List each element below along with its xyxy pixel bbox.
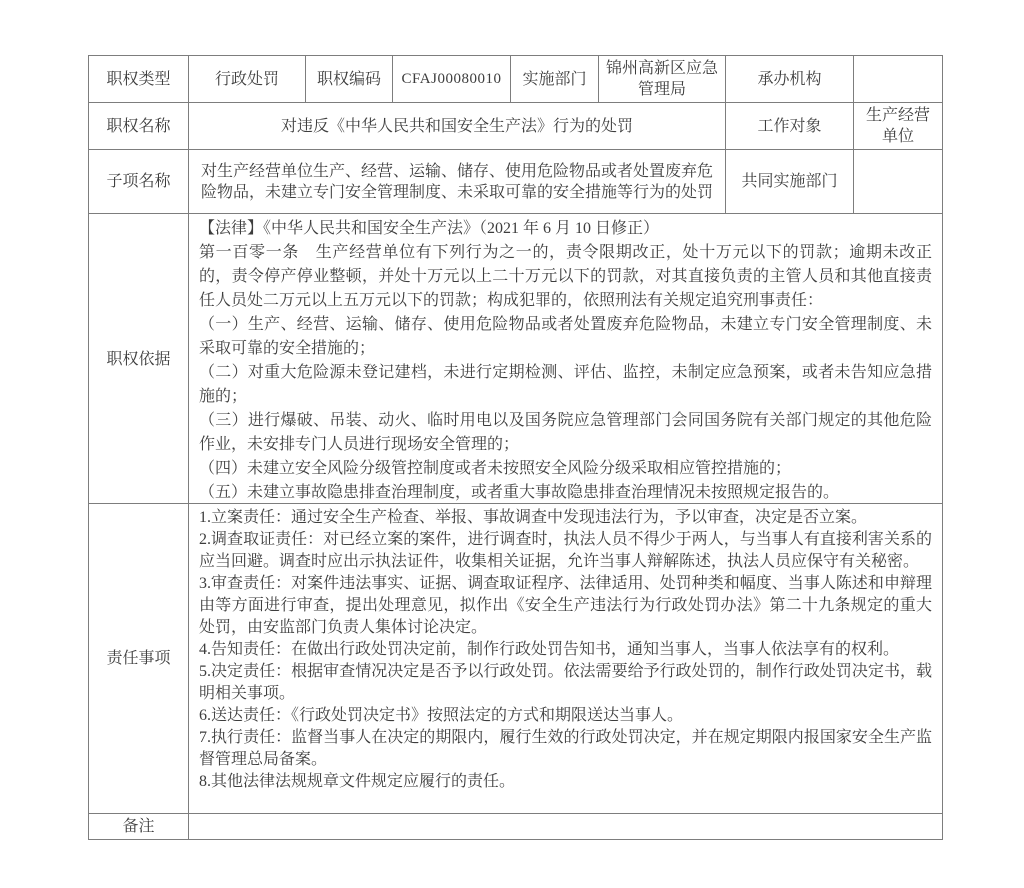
duty-items-label: 责任事项 [89, 504, 189, 814]
authority-name-value: 对违反《中华人民共和国安全生产法》行为的处罚 [189, 103, 726, 150]
duty-item: 2.调查取证责任：对已经立案的案件，进行调查时，执法人员不得少于两人，与当事人有… [199, 529, 932, 573]
duty-item: 1.立案责任：通过安全生产检查、举报、事故调查中发现违法行为，予以审查，决定是否… [199, 507, 932, 529]
duty-item: 5.决定责任：根据审查情况决定是否予以行政处罚。依法需要给予行政处罚的，制作行政… [199, 661, 932, 705]
table-row: 责任事项 1.立案责任：通过安全生产检查、举报、事故调查中发现违法行为，予以审查… [89, 504, 943, 814]
table-row: 职权名称 对违反《中华人民共和国安全生产法》行为的处罚 工作对象 生产经营单位 [89, 103, 943, 150]
document-page: 职权类型 行政处罚 职权编码 CFAJ00080010 实施部门 锦州高新区应急… [0, 0, 1024, 888]
basis-paragraph: 第一百零一条 生产经营单位有下列行为之一的，责令限期改正，处十万元以下的罚款；逾… [199, 241, 932, 313]
authority-code-value: CFAJ00080010 [393, 56, 511, 103]
duty-items-content: 1.立案责任：通过安全生产检查、举报、事故调查中发现违法行为，予以审查，决定是否… [189, 504, 943, 814]
handling-agency-label: 承办机构 [726, 56, 854, 103]
remark-label: 备注 [89, 814, 189, 840]
remark-value [189, 814, 943, 840]
basis-paragraph: 【法律】《中华人民共和国安全生产法》（2021 年 6 月 10 日修正） [199, 217, 932, 241]
duty-remark-table: 责任事项 1.立案责任：通过安全生产检查、举报、事故调查中发现违法行为，予以审查… [88, 503, 943, 840]
legal-basis-content: 【法律】《中华人民共和国安全生产法》（2021 年 6 月 10 日修正） 第一… [189, 214, 943, 506]
basis-paragraph: （五）未建立事故隐患排查治理制度，或者重大事故隐患排查治理情况未按照规定报告的。 [199, 481, 932, 505]
table-row: 备注 [89, 814, 943, 840]
authority-name-label: 职权名称 [89, 103, 189, 150]
basis-paragraph: （一）生产、经营、运输、储存、使用危险物品或者处置废弃危险物品，未建立专门安全管… [199, 313, 932, 361]
legal-basis-label: 职权依据 [89, 214, 189, 506]
duty-item: 4.告知责任：在做出行政处罚决定前，制作行政处罚告知书，通知当事人，当事人依法享… [199, 639, 932, 661]
handling-agency-value [854, 56, 943, 103]
duty-item: 8.其他法律法规规章文件规定应履行的责任。 [199, 771, 932, 793]
table-row: 职权类型 行政处罚 职权编码 CFAJ00080010 实施部门 锦州高新区应急… [89, 56, 943, 103]
authority-info-table: 职权类型 行政处罚 职权编码 CFAJ00080010 实施部门 锦州高新区应急… [88, 55, 943, 506]
table-row: 子项名称 对生产经营单位生产、经营、运输、储存、使用危险物品或者处置废弃危险物品… [89, 150, 943, 214]
subitem-name-label: 子项名称 [89, 150, 189, 214]
duty-item: 7.执行责任：监督当事人在决定的期限内，履行生效的行政处罚决定，并在规定期限内报… [199, 727, 932, 771]
authority-code-label: 职权编码 [306, 56, 393, 103]
work-target-label: 工作对象 [726, 103, 854, 150]
authority-type-label: 职权类型 [89, 56, 189, 103]
table-row: 职权依据 【法律】《中华人民共和国安全生产法》（2021 年 6 月 10 日修… [89, 214, 943, 506]
subitem-name-value: 对生产经营单位生产、经营、运输、储存、使用危险物品或者处置废弃危险物品，未建立专… [189, 150, 726, 214]
duty-item: 3.审查责任：对案件违法事实、证据、调查取证程序、法律适用、处罚种类和幅度、当事… [199, 573, 932, 639]
joint-dept-value [854, 150, 943, 214]
joint-dept-label: 共同实施部门 [726, 150, 854, 214]
basis-paragraph: （四）未建立安全风险分级管控制度或者未按照安全风险分级采取相应管控措施的； [199, 457, 932, 481]
basis-paragraph: （二）对重大危险源未登记建档，未进行定期检测、评估、监控，未制定应急预案，或者未… [199, 361, 932, 409]
duty-item: 6.送达责任：《行政处罚决定书》按照法定的方式和期限送达当事人。 [199, 705, 932, 727]
basis-paragraph: （三）进行爆破、吊装、动火、临时用电以及国务院应急管理部门会同国务院有关部门规定… [199, 409, 932, 457]
authority-type-value: 行政处罚 [189, 56, 306, 103]
work-target-value: 生产经营单位 [854, 103, 943, 150]
implementing-dept-label: 实施部门 [511, 56, 599, 103]
implementing-dept-value: 锦州高新区应急管理局 [599, 56, 726, 103]
